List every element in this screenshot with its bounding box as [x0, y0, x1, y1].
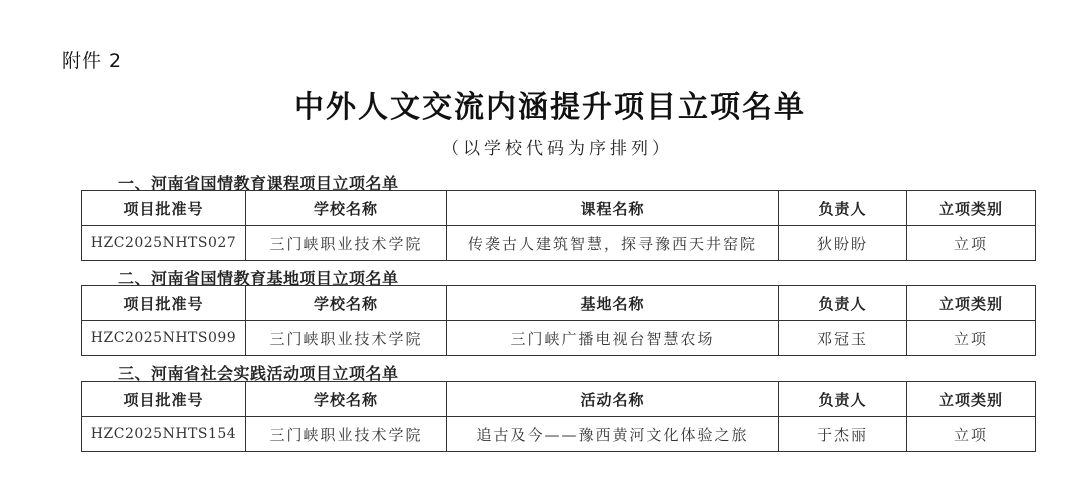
header-school-name: 学校名称 — [246, 191, 447, 226]
cell-leader: 邓冠玉 — [779, 321, 907, 356]
header-course-name: 课程名称 — [447, 191, 779, 226]
cell-course-name: 传袭古人建筑智慧，探寻豫西天井窑院 — [447, 226, 779, 261]
header-leader: 负责人 — [779, 382, 907, 417]
cell-category: 立项 — [907, 417, 1036, 452]
cell-school-name: 三门峡职业技术学院 — [246, 226, 447, 261]
cell-school-name: 三门峡职业技术学院 — [246, 321, 447, 356]
table-row: HZC2025NHTS099 三门峡职业技术学院 三门峡广播电视台智慧农场 邓冠… — [82, 321, 1036, 356]
header-school-name: 学校名称 — [246, 382, 447, 417]
header-approval-number: 项目批准号 — [82, 286, 246, 321]
table-header-row: 项目批准号 学校名称 课程名称 负责人 立项类别 — [82, 191, 1036, 226]
page-subtitle: （以学校代码为序排列） — [0, 134, 1080, 159]
base-projects-table: 项目批准号 学校名称 基地名称 负责人 立项类别 HZC2025NHTS099 … — [81, 285, 1036, 356]
header-category: 立项类别 — [907, 191, 1036, 226]
cell-approval-number: HZC2025NHTS099 — [82, 321, 246, 356]
cell-school-name: 三门峡职业技术学院 — [246, 417, 447, 452]
header-approval-number: 项目批准号 — [82, 191, 246, 226]
table-header-row: 项目批准号 学校名称 基地名称 负责人 立项类别 — [82, 286, 1036, 321]
header-leader: 负责人 — [779, 191, 907, 226]
header-base-name: 基地名称 — [447, 286, 779, 321]
cell-base-name: 三门峡广播电视台智慧农场 — [447, 321, 779, 356]
table-row: HZC2025NHTS154 三门峡职业技术学院 追古及今——豫西黄河文化体验之… — [82, 417, 1036, 452]
activity-projects-table: 项目批准号 学校名称 活动名称 负责人 立项类别 HZC2025NHTS154 … — [81, 381, 1036, 452]
attachment-label: 附件 2 — [62, 46, 122, 73]
cell-activity-name: 追古及今——豫西黄河文化体验之旅 — [447, 417, 779, 452]
cell-approval-number: HZC2025NHTS154 — [82, 417, 246, 452]
cell-category: 立项 — [907, 321, 1036, 356]
header-leader: 负责人 — [779, 286, 907, 321]
header-school-name: 学校名称 — [246, 286, 447, 321]
cell-leader: 狄盼盼 — [779, 226, 907, 261]
table-row: HZC2025NHTS027 三门峡职业技术学院 传袭古人建筑智慧，探寻豫西天井… — [82, 226, 1036, 261]
header-category: 立项类别 — [907, 382, 1036, 417]
cell-leader: 于杰丽 — [779, 417, 907, 452]
page-title: 中外人文交流内涵提升项目立项名单 — [0, 82, 1080, 126]
header-category: 立项类别 — [907, 286, 1036, 321]
table-header-row: 项目批准号 学校名称 活动名称 负责人 立项类别 — [82, 382, 1036, 417]
header-approval-number: 项目批准号 — [82, 382, 246, 417]
cell-category: 立项 — [907, 226, 1036, 261]
course-projects-table: 项目批准号 学校名称 课程名称 负责人 立项类别 HZC2025NHTS027 … — [81, 190, 1036, 261]
cell-approval-number: HZC2025NHTS027 — [82, 226, 246, 261]
header-activity-name: 活动名称 — [447, 382, 779, 417]
